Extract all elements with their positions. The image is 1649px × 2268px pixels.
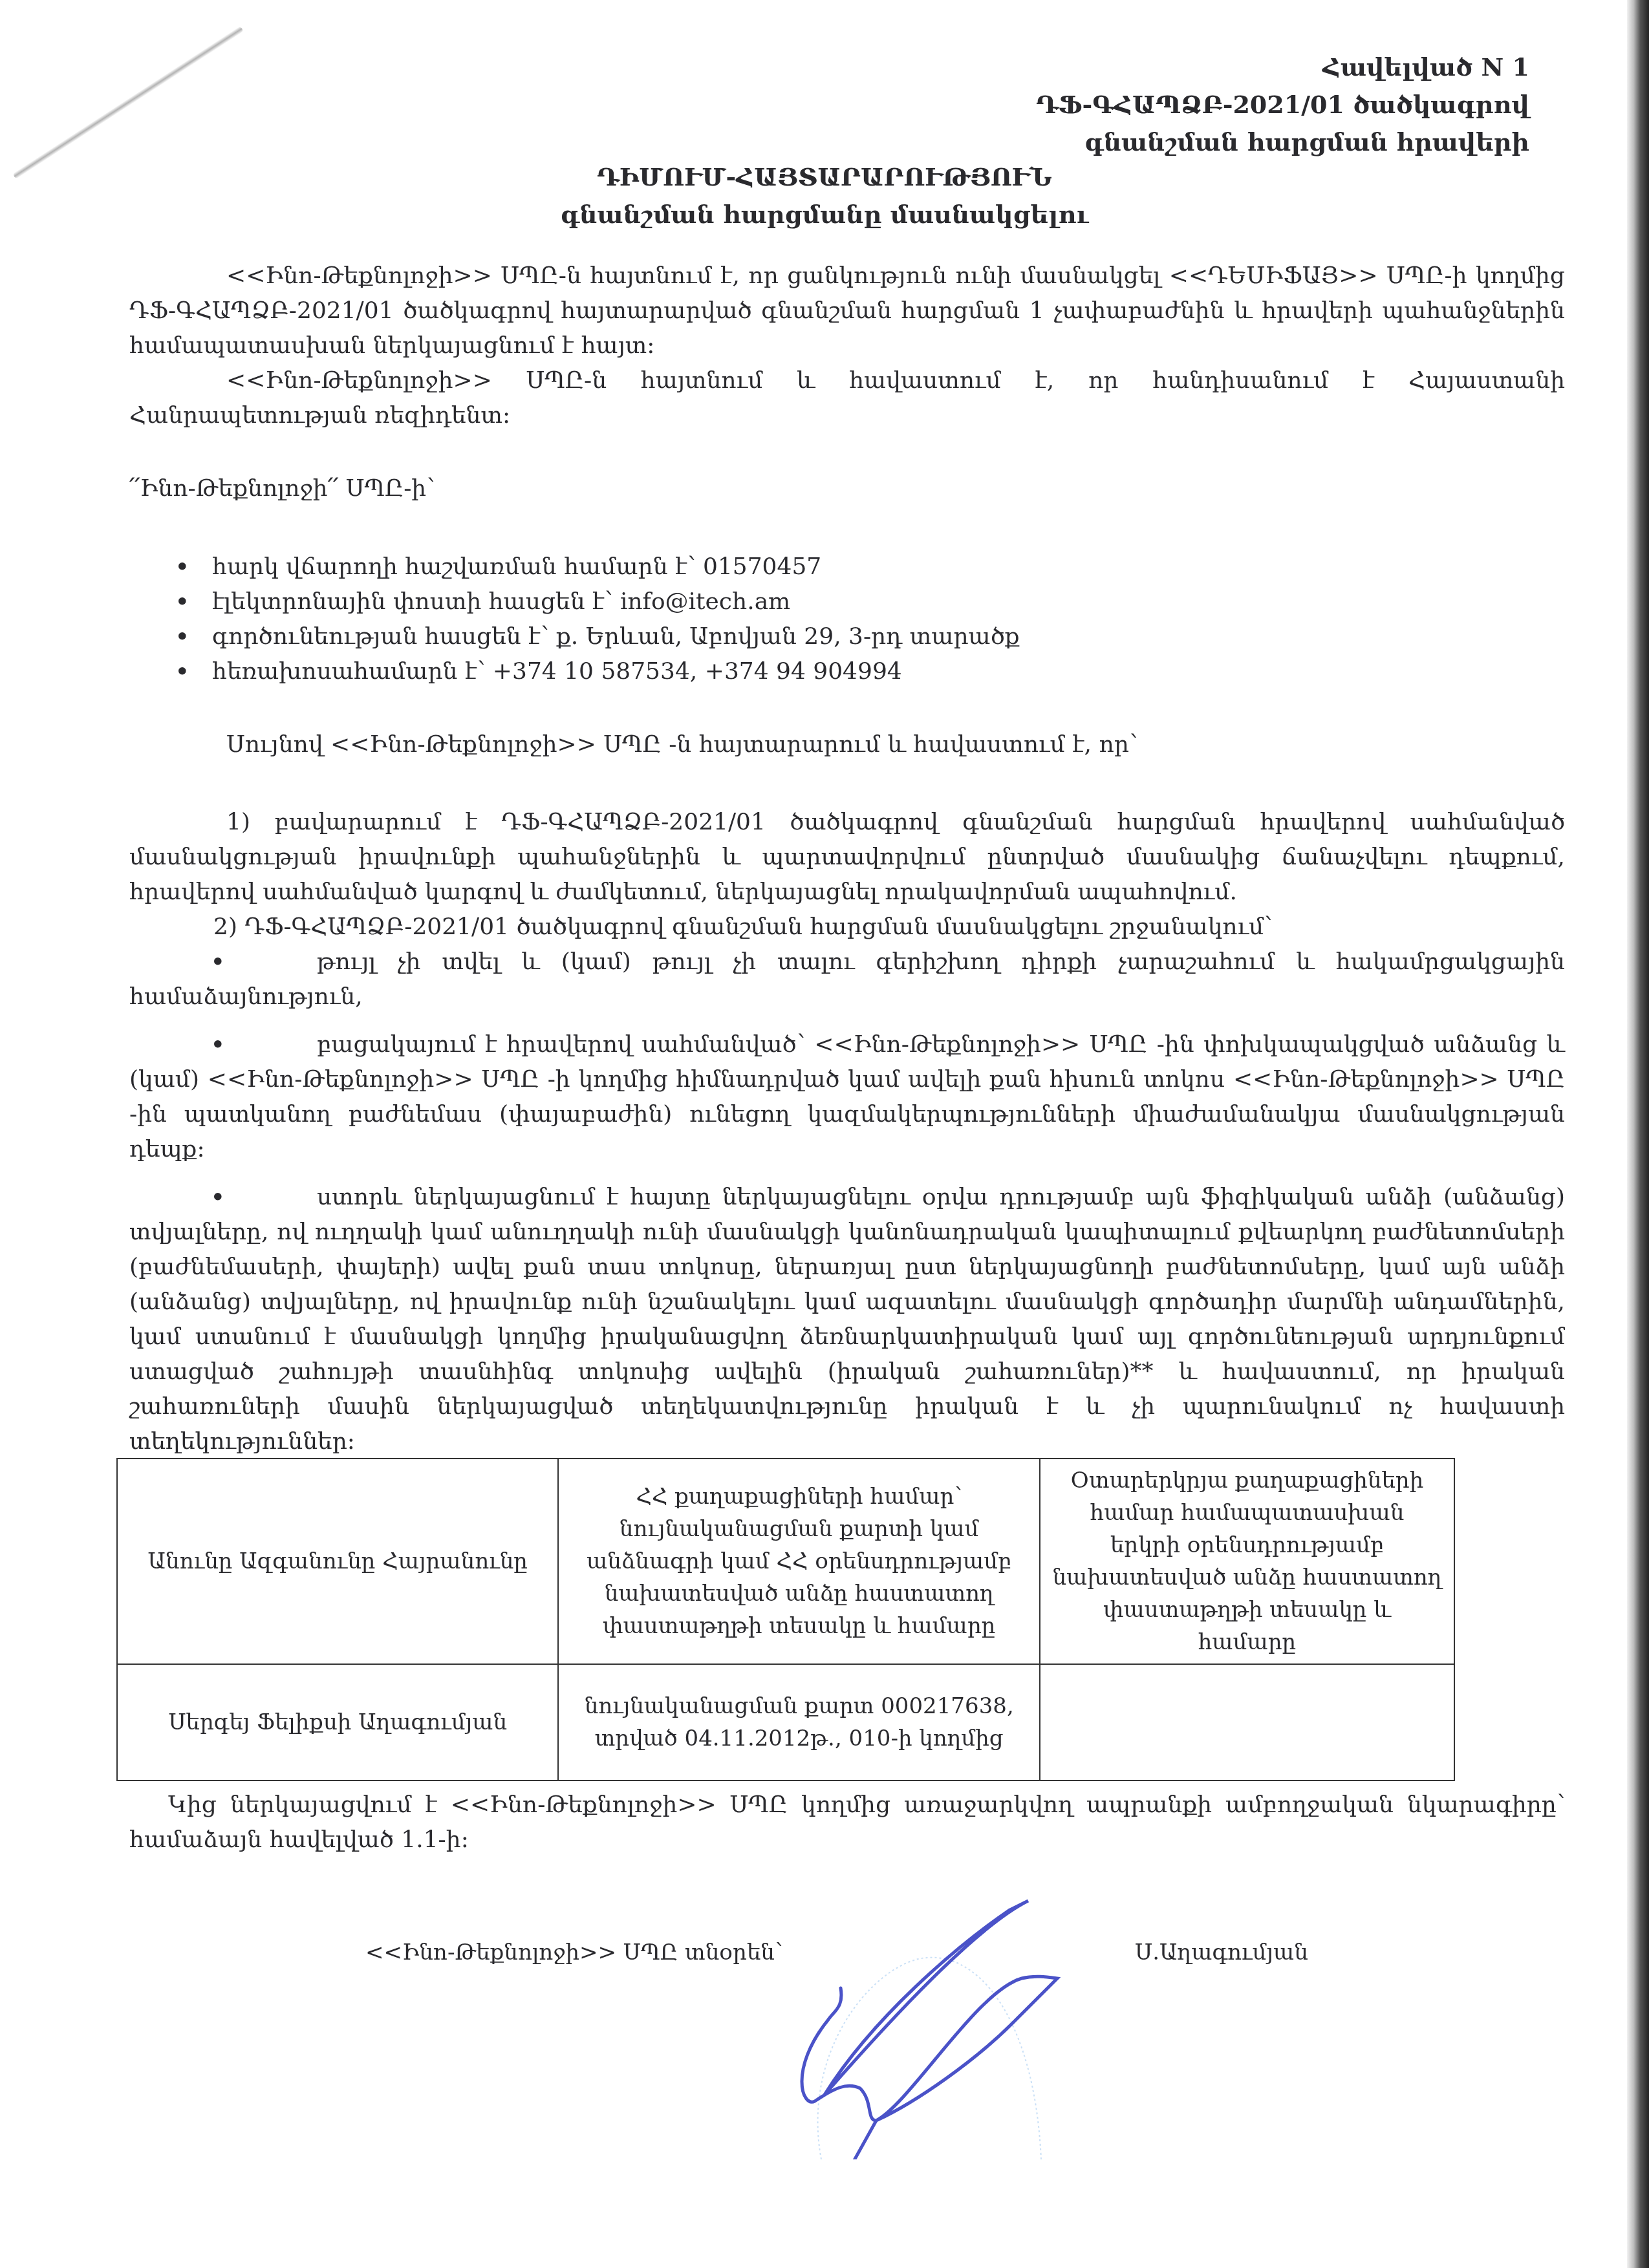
cell-foreign-document: [1040, 1664, 1454, 1781]
contact-email: էլեկտրոնային փոստի հասցեն է՝ info@itech.…: [175, 584, 1020, 619]
cell-name: Սերգեյ Ֆելիքսի Աղագումյան: [117, 1664, 558, 1781]
contact-tax-id: հարկ վճարողի հաշվառման համարն է՝ 0157045…: [175, 550, 1020, 584]
contact-phone: հեռախոսահամարն է՝ +374 10 587534, +374 9…: [175, 654, 1020, 689]
appendix-code: ԴՖ-ԳՀԱՊՁԲ-2021/01 ծածկագրով: [1036, 86, 1529, 123]
intro-paragraph-1: <<Ինո-Թեքնոլոջի>> ՍՊԸ-ն հայտնում է, որ ց…: [129, 259, 1565, 363]
bullet-text: ստորև ներկայացնում է հայտը ներկայացնելու…: [129, 1180, 1565, 1459]
bullet-item: • բացակայում է հրավերով սահմանված՝ <<Ինո…: [129, 1027, 1565, 1167]
cell-am-document: նույնականացման քարտ 000217638, տրված 04.…: [558, 1664, 1039, 1781]
scan-artifact-line: [12, 26, 244, 179]
signature-with-stamp-icon: [763, 1888, 1229, 2159]
table-row: Սերգեյ Ֆելիքսի Աղագումյան նույնականացման…: [117, 1664, 1454, 1781]
beneficial-owners-table: Անունը Ազգանունը Հայրանունը ՀՀ քաղաքացին…: [116, 1458, 1455, 1781]
appendix-reference: գնանշման հարցման հրավերի: [1036, 123, 1529, 161]
declaration-intro: Սույնով <<Ինո-Թեքնոլոջի>> ՍՊԸ -ն հայտարա…: [129, 727, 1565, 762]
attachment-note: Կից ներկայացվում է <<Ինո-Թեքնոլոջի>> ՍՊԸ…: [129, 1788, 1565, 1857]
contact-address: գործունեության հասցեն է՝ ք. Երևան, Աբովյ…: [175, 619, 1020, 654]
bullet-dot-icon: •: [210, 1180, 226, 1215]
title-sub: գնանշման հարցմանը մասնակցելու: [0, 196, 1649, 233]
header-name: Անունը Ազգանունը Հայրանունը: [117, 1459, 558, 1664]
declaration-intro-block: Սույնով <<Ինո-Թեքնոլոջի>> ՍՊԸ -ն հայտարա…: [129, 727, 1565, 762]
document-title: ԴԻՄՈՒՄ-ՀԱՅՏԱՐԱՐՈՒԹՅՈՒՆ գնանշման հարցմանը…: [0, 158, 1649, 233]
scan-page-edge: [1627, 0, 1649, 2268]
bullet-text: բացակայում է հրավերով սահմանված՝ <<Ինո-Թ…: [129, 1027, 1565, 1167]
intro-paragraph-2: <<Ինո-Թեքնոլոջի>> ՍՊԸ-ն հայտնում և հավաս…: [129, 363, 1565, 433]
attachment-block: Կից ներկայացվում է <<Ինո-Թեքնոլոջի>> ՍՊԸ…: [129, 1788, 1565, 1857]
bullet-item: • թույլ չի տվել և (կամ) թույլ չի տալու գ…: [129, 945, 1565, 1014]
table-header-row: Անունը Ազգանունը Հայրանունը ՀՀ քաղաքացին…: [117, 1459, 1454, 1664]
header-foreign-document: Օտարերկրյա քաղաքացիների համար համապատասխ…: [1040, 1459, 1454, 1664]
contact-list: հարկ վճարողի հաշվառման համարն է՝ 0157045…: [175, 550, 1020, 689]
intro-paragraphs: <<Ինո-Թեքնոլոջի>> ՍՊԸ-ն հայտնում է, որ ց…: [129, 259, 1565, 433]
bullet-item: • ստորև ներկայացնում է հայտը ներկայացնել…: [129, 1180, 1565, 1459]
title-main: ԴԻՄՈՒՄ-ՀԱՅՏԱՐԱՐՈՒԹՅՈՒՆ: [0, 158, 1649, 196]
bullet-dot-icon: •: [210, 1027, 226, 1062]
scanned-document-page: Հավելված N 1 ԴՖ-ԳՀԱՊՁԲ-2021/01 ծածկագրով…: [0, 0, 1649, 2268]
signatory-title: <<Ինո-Թեքնոլոջի>> ՍՊԸ տնօրեն՝: [365, 1940, 782, 1965]
company-label: ՛՛Ինո-Թեքնոլոջի՛՛ ՍՊԸ-ի՝: [129, 475, 435, 502]
point-2: 2) ԴՖ-ԳՀԱՊՁԲ-2021/01 ծածկագրով գնանշման …: [129, 910, 1565, 945]
appendix-number: Հավելված N 1: [1036, 48, 1529, 86]
declaration-points: 1) բավարարում է ԴՖ-ԳՀԱՊՁԲ-2021/01 ծածկագ…: [129, 805, 1565, 1459]
header-am-document: ՀՀ քաղաքացիների համար՝ նույնականացման քա…: [558, 1459, 1039, 1664]
bullet-dot-icon: •: [210, 945, 226, 979]
bullet-text: թույլ չի տվել և (կամ) թույլ չի տալու գեր…: [129, 945, 1565, 1014]
point-1: 1) բավարարում է ԴՖ-ԳՀԱՊՁԲ-2021/01 ծածկագ…: [129, 805, 1565, 910]
appendix-header: Հավելված N 1 ԴՖ-ԳՀԱՊՁԲ-2021/01 ծածկագրով…: [1036, 48, 1529, 161]
